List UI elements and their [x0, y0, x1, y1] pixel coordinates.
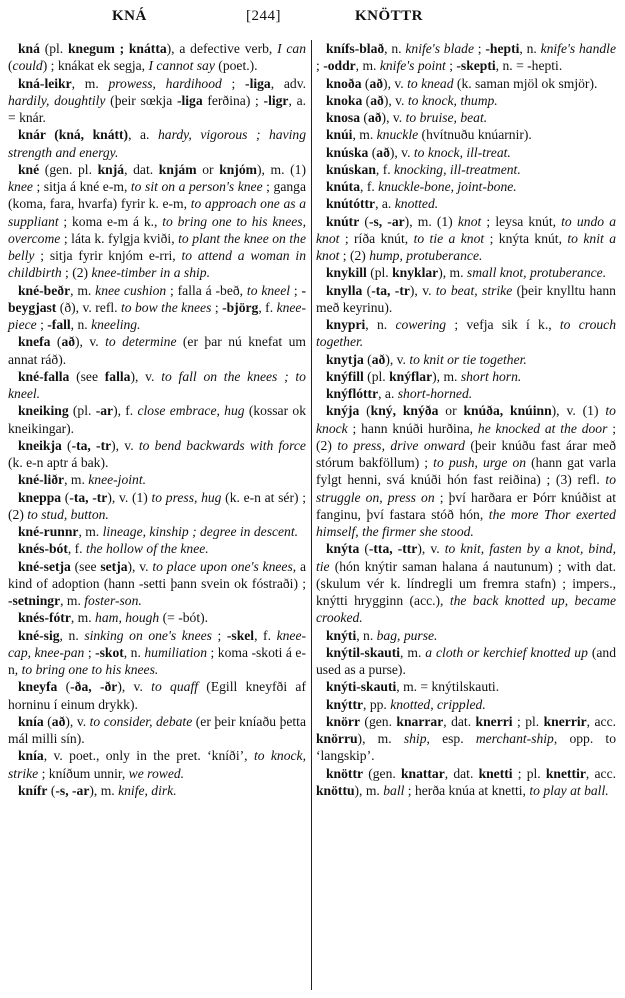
entry-text: , acc. — [587, 714, 616, 729]
definition-italic: knife's blade — [405, 41, 474, 56]
entry-text: , m. — [70, 283, 95, 298]
headword: -s, -ar — [55, 783, 89, 798]
definition-italic: prowess, hardihood — [108, 76, 221, 91]
entry-text: ), m. (1) — [257, 162, 306, 177]
definition-italic: small knot, protuberance. — [467, 265, 606, 280]
definition-italic: we rowed. — [129, 766, 184, 781]
headword: -ar — [96, 403, 113, 418]
definition-italic: kneeling. — [91, 317, 140, 332]
entry-text: ), v. — [130, 369, 161, 384]
headword: að — [369, 76, 383, 91]
headword: kná-leikr — [18, 76, 72, 91]
entry-text: , n. — [71, 317, 91, 332]
entry-text: ; — [84, 645, 95, 660]
entry-text: ; (2) — [339, 248, 369, 263]
definition-italic: knot — [458, 214, 481, 229]
headword: knúi — [326, 127, 352, 142]
headword: knarrar — [396, 714, 443, 729]
headword: -liga — [177, 93, 203, 108]
headword: knöttu — [316, 783, 355, 798]
definition-italic: to bring one to his knees. — [22, 662, 159, 677]
dictionary-entry: knypri, n. cowering ; vefja sik í k., to… — [316, 316, 616, 351]
entry-text: ; — [37, 317, 48, 332]
entry-text: , pp. — [363, 697, 390, 712]
dictionary-entry: knýflóttr, a. short-horned. — [316, 385, 616, 402]
page-number: [244] — [246, 8, 281, 25]
entry-text: , m. — [78, 524, 102, 539]
headword: knífr — [18, 783, 47, 798]
entry-text: ), v. — [390, 145, 414, 160]
entry-text: ), m. — [438, 265, 467, 280]
definition-italic: bag, purse. — [377, 628, 438, 643]
headword: -liga — [245, 76, 271, 91]
definition-italic: to bend backwards with force — [139, 438, 306, 453]
headword: knýta — [326, 541, 359, 556]
headword: kné — [18, 162, 39, 177]
headword: kneppa — [18, 490, 61, 505]
definition-italic: knotted, crippled. — [390, 697, 486, 712]
headword: setja — [100, 559, 127, 574]
headword: knýflóttr — [326, 386, 378, 401]
entry-text: ), v. — [417, 541, 444, 556]
dictionary-entry: knefa (að), v. to determine (er þar nú k… — [8, 333, 306, 368]
headword: knía — [18, 714, 44, 729]
headword: kné-sig — [18, 628, 60, 643]
dictionary-entry: knífr (-s, -ar), m. knife, dirk. — [8, 782, 306, 799]
entry-text: , v. poet., only in the pret. ‘kníði’, — [44, 748, 254, 763]
entry-text: ( — [50, 334, 61, 349]
dictionary-entry: knoka (að), v. to knock, thump. — [316, 92, 616, 109]
entry-text: ; knýta knút, — [484, 231, 567, 246]
dictionary-entry: knúta, f. knuckle-bone, joint-bone. — [316, 178, 616, 195]
dictionary-entry: knýfill (pl. knýflar), m. short horn. — [316, 368, 616, 385]
headword: kné-beðr — [18, 283, 70, 298]
headword: knyklar — [392, 265, 438, 280]
headword: knúskan — [326, 162, 376, 177]
entry-text: ; falla á -beð, — [166, 283, 247, 298]
dictionary-entry: knýta (-tta, -ttr), v. to knit, fasten b… — [316, 540, 616, 626]
entry-text: , n. — [519, 41, 540, 56]
headword: knútóttr — [326, 196, 375, 211]
entry-text: (pl. — [40, 41, 68, 56]
page-header: KNÁ [244] KNÖTTR — [0, 4, 625, 30]
dictionary-entry: kné-runnr, m. lineage, kinship ; degree … — [8, 523, 306, 540]
definition-italic: hump, protuberance. — [369, 248, 482, 263]
entry-text: ; — [222, 76, 245, 91]
entry-text: (þeir sœkja — [105, 93, 176, 108]
headword: knettir — [546, 766, 586, 781]
definition-italic: to press, drive onward — [337, 438, 465, 453]
definition-italic: to kneel — [247, 283, 290, 298]
entry-text: ( — [360, 110, 368, 125]
definition-italic: to place upon one's knees — [152, 559, 292, 574]
headword: knoða — [326, 76, 362, 91]
entry-text: (pl. — [364, 369, 389, 384]
headword: knypri — [326, 317, 365, 332]
entry-text: ; ríða knút, — [339, 231, 413, 246]
dictionary-entry: knés-bót, f. the hollow of the knee. — [8, 540, 306, 557]
headword: knífs-blað — [326, 41, 384, 56]
definition-italic: to press, hug — [152, 490, 222, 505]
entry-text: , acc. — [586, 766, 616, 781]
left-column: kná (pl. knegum ; knátta), a defective v… — [8, 40, 306, 799]
entry-text: (hvítnuðu knúarnir). — [418, 127, 532, 142]
headword: knerrir — [544, 714, 587, 729]
entry-text: ; — [290, 283, 301, 298]
headword: -skot — [95, 645, 124, 660]
entry-text: ), v. — [128, 559, 153, 574]
entry-text: , f. — [258, 300, 276, 315]
headword: knía — [18, 748, 44, 763]
entry-text: , n. — [384, 41, 405, 56]
definition-italic: to knead — [407, 76, 453, 91]
headword: -setningr — [8, 593, 60, 608]
entry-text: ; sitja fyrir knjóm e-rri, — [34, 248, 181, 263]
definition-italic: knuckle-bone, joint-bone. — [378, 179, 517, 194]
entry-text: ; herða knúa at knetti, — [404, 783, 529, 798]
headword: -s, -ar — [369, 214, 405, 229]
entry-text: ( — [359, 214, 369, 229]
entry-text: , f. — [254, 628, 277, 643]
definition-italic: knuckle — [377, 127, 419, 142]
headword: knykill — [326, 265, 367, 280]
dictionary-entry: knúi, m. knuckle (hvítnuðu knúarnir). — [316, 126, 616, 143]
definition-italic: could — [13, 58, 43, 73]
dictionary-entry: knýtil-skauti, m. a cloth or kerchief kn… — [316, 644, 616, 679]
headword: knútr — [326, 214, 359, 229]
entry-text: or — [197, 162, 220, 177]
headword: knylla — [326, 283, 362, 298]
entry-text: ), v. (1) — [107, 490, 151, 505]
entry-text: (poet.). — [215, 58, 258, 73]
definition-italic: to play at ball. — [529, 783, 608, 798]
dictionary-entry: knúskan, f. knocking, ill-treatment. — [316, 161, 616, 178]
definition-italic: to consider, debate — [90, 714, 193, 729]
entry-text: (pl. — [367, 265, 392, 280]
entry-text: ; — [474, 41, 485, 56]
headword: -ligr — [264, 93, 289, 108]
entry-text: ( — [364, 352, 372, 367]
definition-italic: to knock, thump. — [408, 93, 498, 108]
entry-text: , n. — [124, 645, 145, 660]
entry-text: ( — [362, 283, 371, 298]
dictionary-entry: knykill (pl. knyklar), m. small knot, pr… — [316, 264, 616, 281]
headword: kneikja — [18, 438, 62, 453]
entry-text: , f. — [360, 179, 378, 194]
definition-italic: hardily, doughtily — [8, 93, 105, 108]
dictionary-entry: knés-fótr, m. ham, hough (= -bót). — [8, 609, 306, 626]
entry-text: (k. saman mjöl ok smjör). — [454, 76, 598, 91]
dictionary-entry: knýti-skauti, m. = knýtilskauti. — [316, 678, 616, 695]
entry-text: ), m. (1) — [405, 214, 458, 229]
headword: knattar — [401, 766, 445, 781]
entry-text: ; láta k. fylgja kviði, — [60, 231, 178, 246]
entry-text: ; pl. — [513, 766, 546, 781]
headword: knetti — [479, 766, 513, 781]
dictionary-entry: knýttr, pp. knotted, crippled. — [316, 696, 616, 713]
entry-text: , m. — [72, 76, 109, 91]
definition-italic: knee cushion — [95, 283, 166, 298]
entry-text: (ð), v. refl. — [56, 300, 121, 315]
entry-text: ; koma e-m á k., — [59, 214, 163, 229]
headword: knefa — [18, 334, 50, 349]
definition-italic: lineage, kinship ; degree in descent. — [103, 524, 298, 539]
entry-text: ; — [212, 628, 227, 643]
entry-text: ) ; knákat ek segja, — [43, 58, 149, 73]
entry-text: (k. e-n aptr á bak). — [8, 455, 108, 470]
definition-italic: to bruise, beat. — [406, 110, 488, 125]
headword: knjám — [159, 162, 197, 177]
headword: að — [368, 110, 382, 125]
dictionary-entry: kná (pl. knegum ; knátta), a defective v… — [8, 40, 306, 75]
entry-text: ), a defective verb, — [167, 41, 277, 56]
headword: knoka — [326, 93, 362, 108]
entry-text: , m. — [400, 645, 425, 660]
entry-text: ; hann knúði hurðina, — [348, 421, 478, 436]
entry-text: , dat. — [445, 766, 479, 781]
dictionary-entry: kné (gen. pl. knjá, dat. knjám or knjóm)… — [8, 161, 306, 282]
headword: knýflar — [389, 369, 432, 384]
headword: kné-setja — [18, 559, 71, 574]
definition-italic: cowering — [395, 317, 446, 332]
right-guide-word: KNÖTTR — [355, 8, 423, 25]
headword: knjá — [98, 162, 124, 177]
entry-text: ; — [446, 58, 457, 73]
headword: knýfill — [326, 369, 364, 384]
headword: knöttr — [326, 766, 363, 781]
headword: knýti-skauti — [326, 679, 396, 694]
entry-text: , a. — [378, 386, 398, 401]
entry-text: (gen. pl. — [39, 162, 97, 177]
headword: knegum ; knátta — [68, 41, 167, 56]
entry-text: ( — [359, 403, 370, 418]
entry-text: (gen. — [363, 766, 401, 781]
definition-italic: knocking, ill-treatment. — [394, 162, 521, 177]
entry-text: ( — [359, 541, 369, 556]
definition-italic: knee-timber in a ship. — [91, 265, 210, 280]
dictionary-entry: knífs-blað, n. knife's blade ; -hepti, n… — [316, 40, 616, 75]
entry-text: , m. — [60, 593, 84, 608]
headword: knár (kná, knátt) — [18, 127, 128, 142]
headword: knúska — [326, 145, 368, 160]
entry-text: (see — [69, 369, 104, 384]
headword: kná — [18, 41, 40, 56]
headword: knés-fótr — [18, 610, 71, 625]
entry-text: ; — [211, 300, 222, 315]
headword: -fall — [47, 317, 70, 332]
entry-text: , m. — [352, 127, 376, 142]
definition-italic: the hollow of the knee. — [86, 541, 209, 556]
headword: kné-runnr — [18, 524, 78, 539]
headword: -ta, -tr — [72, 438, 112, 453]
definition-italic: to quaff — [151, 679, 198, 694]
headword: knosa — [326, 110, 360, 125]
entry-text: ; (2) — [62, 265, 92, 280]
entry-text: , n. — [356, 628, 376, 643]
headword: kné-falla — [18, 369, 69, 384]
entry-text: ), m. — [355, 783, 384, 798]
entry-text: ; kníðum unnir, — [38, 766, 128, 781]
definition-italic: knotted. — [395, 196, 438, 211]
headword: að — [370, 93, 384, 108]
definition-italic: humiliation — [144, 645, 207, 660]
dictionary-entry: kné-liðr, m. knee-joint. — [8, 471, 306, 488]
dictionary-entry: kné-sig, n. sinking on one's knees ; -sk… — [8, 627, 306, 679]
definition-italic: a cloth or kerchief knotted up — [425, 645, 588, 660]
entry-text: ), v. — [382, 110, 406, 125]
headword: kný, knýða — [371, 403, 439, 418]
entry-text: ), v. — [385, 352, 409, 367]
dictionary-entry: knýti, n. bag, purse. — [316, 627, 616, 644]
definition-italic: to knit or tie together. — [409, 352, 526, 367]
entry-text: , a. — [375, 196, 395, 211]
definition-italic: foster-son. — [84, 593, 142, 608]
headword: knýttr — [326, 697, 363, 712]
dictionary-entry: kneppa (-ta, -tr), v. (1) to press, hug … — [8, 489, 306, 524]
definition-italic: to bow the knees — [121, 300, 211, 315]
entry-text: ), v. — [65, 714, 89, 729]
entry-text: ), v. — [117, 679, 151, 694]
definition-italic: knee — [8, 179, 33, 194]
entry-text: ), m. — [358, 731, 404, 746]
entry-text: , a. — [128, 127, 158, 142]
entry-text: ), v. — [383, 76, 407, 91]
dictionary-entry: kná-leikr, m. prowess, hardihood ; -liga… — [8, 75, 306, 127]
dictionary-entry: knútr (-s, -ar), m. (1) knot ; leysa knú… — [316, 213, 616, 265]
definition-italic: to sit on a person's knee — [131, 179, 263, 194]
definition-italic: knife's handle — [541, 41, 616, 56]
entry-text: ), v. — [410, 283, 436, 298]
headword: -skel — [227, 628, 254, 643]
definition-italic: to determine — [105, 334, 176, 349]
entry-text: , n. — [365, 317, 395, 332]
headword: knjóm — [219, 162, 257, 177]
headword: -oddr — [323, 58, 355, 73]
headword: knýja — [326, 403, 359, 418]
definition-italic: I cannot say — [148, 58, 214, 73]
column-divider — [311, 40, 312, 990]
definition-italic: knee-joint. — [88, 472, 146, 487]
headword: kné-liðr — [18, 472, 64, 487]
headword: knörr — [326, 714, 360, 729]
headword: að — [61, 334, 75, 349]
entry-text: , dat. — [443, 714, 475, 729]
definition-italic: knife's point — [380, 58, 446, 73]
headword: að — [372, 352, 386, 367]
right-column: knífs-blað, n. knife's blade ; -hepti, n… — [316, 40, 616, 799]
headword: falla — [105, 369, 131, 384]
headword: -skepti — [456, 58, 495, 73]
entry-text: , m. — [356, 58, 380, 73]
entry-text: , dat. — [124, 162, 159, 177]
dictionary-entry: knúska (að), v. to knock, ill-treat. — [316, 144, 616, 161]
headword: knýtil-skauti — [326, 645, 400, 660]
headword: -hepti — [485, 41, 519, 56]
definition-italic: short horn. — [461, 369, 521, 384]
entry-text: , f. — [68, 541, 86, 556]
dictionary-entry: kneikja (-ta, -tr), v. to bend backwards… — [8, 437, 306, 472]
left-guide-word: KNÁ — [112, 8, 147, 25]
definition-italic: to knock, ill-treat. — [414, 145, 511, 160]
headword: -björg — [222, 300, 258, 315]
definition-italic: merchant-ship — [476, 731, 554, 746]
dictionary-entry: knylla (-ta, -tr), v. to beat, strike (þ… — [316, 282, 616, 317]
entry-text: (gen. — [360, 714, 396, 729]
definition-italic: he knocked at the door — [478, 421, 608, 436]
entry-text: ), m. — [432, 369, 461, 384]
definition-italic: I can — [277, 41, 306, 56]
definition-italic: to push, urge on — [433, 455, 526, 470]
entry-text: (pl. — [69, 403, 96, 418]
definition-italic: knife, dirk. — [118, 783, 177, 798]
headword: kneyfa — [18, 679, 57, 694]
definition-italic: to beat, strike — [436, 283, 512, 298]
entry-text: ( — [62, 438, 72, 453]
dictionary-entry: knytja (að), v. to knit or tie together. — [316, 351, 616, 368]
entry-text: (see — [71, 559, 100, 574]
definition-italic: ball — [383, 783, 404, 798]
headword: knúða, knúinn — [464, 403, 552, 418]
entry-text: or — [438, 403, 463, 418]
entry-text: ; sitja á kné e-m, — [33, 179, 131, 194]
definition-italic: close embrace, hug — [137, 403, 244, 418]
headword: að — [376, 145, 390, 160]
dictionary-entry: kné-falla (see falla), v. to fall on the… — [8, 368, 306, 403]
entry-text: ), v. — [384, 93, 408, 108]
definition-italic: sinking on one's knees — [84, 628, 212, 643]
headword: knörru — [316, 731, 358, 746]
dictionary-entry: knoða (að), v. to knead (k. saman mjöl o… — [316, 75, 616, 92]
entry-text: , esp. — [427, 731, 476, 746]
entry-text: ), v. (1) — [552, 403, 606, 418]
entry-text: ), m. — [89, 783, 118, 798]
entry-text: ), v. — [75, 334, 105, 349]
entry-text: , n. = -hepti. — [496, 58, 563, 73]
entry-text: , m. — [64, 472, 88, 487]
dictionary-entry: knosa (að), v. to bruise, beat. — [316, 109, 616, 126]
entry-text: , m. — [71, 610, 95, 625]
entry-text: ; leysa knút, — [481, 214, 561, 229]
definition-italic: to stud, button. — [27, 507, 109, 522]
headword: -ða, -ðr — [70, 679, 117, 694]
headword: -tta, -ttr — [369, 541, 417, 556]
dictionary-entry: kné-setja (see setja), v. to place upon … — [8, 558, 306, 610]
entry-text: ( — [44, 714, 52, 729]
dictionary-entry: knörr (gen. knarrar, dat. knerri ; pl. k… — [316, 713, 616, 765]
definition-italic: ship — [404, 731, 427, 746]
dictionary-entry: kneiking (pl. -ar), f. close embrace, hu… — [8, 402, 306, 437]
entry-text: , f. — [376, 162, 394, 177]
entry-text: ), v. — [111, 438, 139, 453]
headword: knerri — [476, 714, 513, 729]
entry-text: (= -bót). — [159, 610, 208, 625]
dictionary-entry: kné-beðr, m. knee cushion ; falla á -beð… — [8, 282, 306, 334]
dictionary-entry: knöttr (gen. knattar, dat. knetti ; pl. … — [316, 765, 616, 800]
definition-italic: to tie a knot — [414, 231, 485, 246]
headword: kneiking — [18, 403, 69, 418]
dictionary-entry: kneyfa (-ða, -ðr), v. to quaff (Egill kn… — [8, 678, 306, 713]
entry-text: ; vefja sik í k., — [446, 317, 560, 332]
entry-text: ferðina) ; — [203, 93, 264, 108]
definition-italic: short-horned. — [398, 386, 472, 401]
dictionary-entry: knár (kná, knátt), a. hardy, vigorous ; … — [8, 126, 306, 161]
headword: knytja — [326, 352, 364, 367]
headword: að — [52, 714, 66, 729]
entry-text: , n. — [60, 628, 85, 643]
headword: knýti — [326, 628, 356, 643]
entry-text: ( — [57, 679, 70, 694]
definition-italic: ham, hough — [95, 610, 159, 625]
